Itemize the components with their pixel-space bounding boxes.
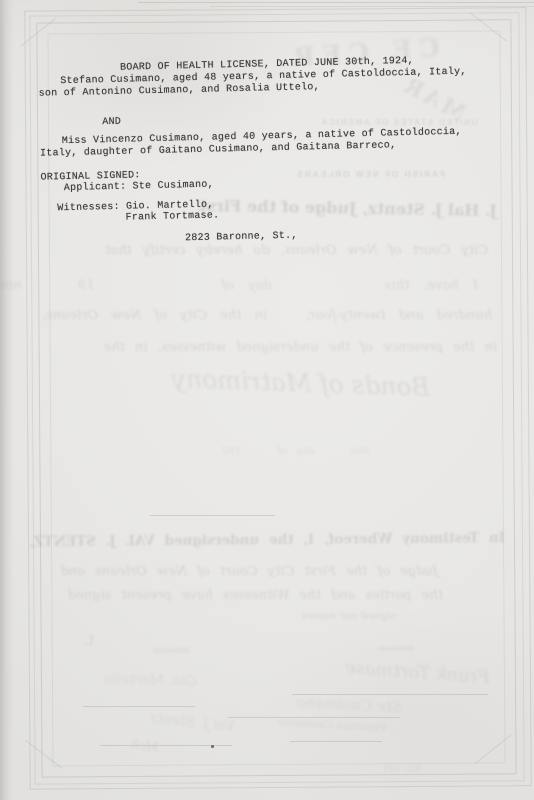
typed-witness-line-2: Frank Tortmase.: [125, 210, 219, 223]
typed-and-line: AND: [102, 117, 121, 128]
typed-annotation-block: BOARD OF HEALTH LICENSE, DATED JUNE 30th…: [0, 0, 534, 800]
document-scan: CE CER MAR UNITED STATES OF AMERICA PARI…: [0, 0, 534, 800]
ink-speck: [211, 745, 214, 748]
typed-address-line: 2823 Baronne, St.,: [185, 231, 298, 245]
typed-applicant-line: Applicant: Ste Cusimano,: [64, 180, 214, 195]
